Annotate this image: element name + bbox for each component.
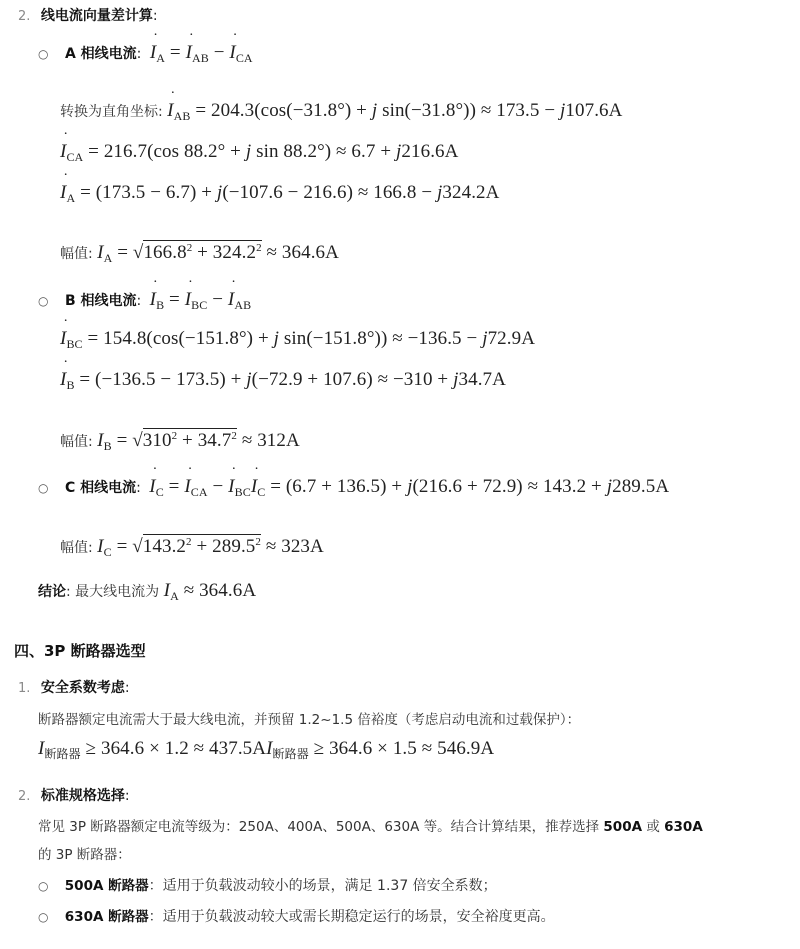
i-ab-formula: IAB = 204.3(cos(−31.8°) + j sin(−31.8°))…	[167, 100, 622, 121]
phase-a-convert-line: 转换为直角坐标: IAB = 204.3(cos(−31.8°) + j sin…	[60, 100, 622, 122]
phase-b-label: B 相线电流	[65, 293, 137, 309]
safety-factor-formula: I断路器 ≥ 364.6 × 1.2 ≈ 437.5AI断路器 ≥ 364.6 …	[38, 738, 494, 760]
magnitude-label: 幅值:	[60, 434, 93, 450]
option-label: 630A 断路器	[65, 909, 149, 925]
list-number: 2.	[18, 9, 30, 24]
i-a-sum-formula: IA = (173.5 − 6.7) + j(−107.6 − 216.6) ≈…	[60, 182, 499, 204]
list-number: 1.	[18, 681, 30, 696]
conclusion-formula: IA ≈ 364.6A	[164, 580, 257, 601]
magnitude-label: 幅值:	[60, 246, 93, 262]
phase-b-magnitude: 幅值: IB = √3102 + 34.72 ≈ 312A	[60, 430, 300, 452]
phase-a-formula: IA = IAB − ICA	[150, 42, 253, 63]
section-heading-breaker-selection: 四、3P 断路器选型	[14, 640, 146, 661]
magnitude-c-formula: IC = √143.22 + 289.52 ≈ 323A	[97, 536, 324, 557]
bullet-circle-icon: ○	[38, 879, 48, 893]
list-item-line-current-calc: 2. 线电流向量差计算:	[18, 5, 158, 25]
magnitude-label: 幅值:	[60, 540, 93, 556]
item-title: 标准规格选择	[41, 788, 125, 804]
option-text: ：适用于负载波动较小的场景，满足 1.37 倍安全系数；	[149, 878, 497, 894]
option-500a: ○ 500A 断路器：适用于负载波动较小的场景，满足 1.37 倍安全系数；	[38, 874, 497, 895]
list-item-standard-spec: 2. 标准规格选择:	[18, 785, 130, 805]
phase-b-item: ○ B 相线电流: IB = IBC − IAB	[38, 289, 251, 311]
standard-spec-text-line1: 常见 3P 断路器额定电流等级为：250A、400A、500A、630A 等。结…	[38, 815, 703, 835]
phase-c-formula: IC = ICA − IBCIC = (6.7 + 136.5) + j(216…	[149, 476, 669, 497]
bullet-circle-icon: ○	[38, 910, 48, 924]
phase-a-item: ○ A 相线电流: IA = IAB − ICA	[38, 42, 253, 64]
i-bc-formula: IBC = 154.8(cos(−151.8°) + j sin(−151.8°…	[60, 328, 535, 350]
standard-spec-text-line2: 的 3P 断路器：	[38, 843, 131, 863]
option-630a: ○ 630A 断路器：适用于负载波动较大或需长期稳定运行的场景，安全裕度更高。	[38, 905, 555, 926]
colon: :	[153, 8, 158, 24]
phase-b-formula: IB = IBC − IAB	[150, 289, 252, 310]
option-text: ：适用于负载波动较大或需长期稳定运行的场景，安全裕度更高。	[149, 909, 555, 925]
bullet-circle-icon: ○	[38, 294, 48, 308]
magnitude-a-formula: IA = √166.82 + 324.22 ≈ 364.6A	[97, 242, 339, 263]
list-item-safety-factor: 1. 安全系数考虑:	[18, 677, 130, 697]
magnitude-b-formula: IB = √3102 + 34.72 ≈ 312A	[97, 430, 300, 451]
spec-or: 或	[642, 819, 664, 835]
phase-c-magnitude: 幅值: IC = √143.22 + 289.52 ≈ 323A	[60, 536, 324, 558]
phase-a-magnitude: 幅值: IA = √166.82 + 324.22 ≈ 364.6A	[60, 242, 339, 264]
conclusion-label: 结论	[38, 584, 66, 600]
option-label: 500A 断路器	[65, 878, 149, 894]
spec-630a: 630A	[664, 819, 703, 835]
bullet-circle-icon: ○	[38, 47, 48, 61]
i-ca-formula: ICA = 216.7(cos 88.2° + j sin 88.2°) ≈ 6…	[60, 141, 458, 163]
phase-c-label: C 相线电流	[65, 480, 136, 496]
spec-500a: 500A	[603, 819, 642, 835]
convert-label: 转换为直角坐标:	[60, 104, 163, 120]
conclusion-text: : 最大线电流为	[66, 584, 159, 600]
list-number: 2.	[18, 789, 30, 804]
i-b-sum-formula: IB = (−136.5 − 173.5) + j(−72.9 + 107.6)…	[60, 369, 506, 391]
spec-text: 常见 3P 断路器额定电流等级为：250A、400A、500A、630A 等。结…	[38, 819, 603, 835]
bullet-circle-icon: ○	[38, 481, 48, 495]
conclusion: 结论: 最大线电流为 IA ≈ 364.6A	[38, 580, 256, 602]
phase-c-item: ○ C 相线电流: IC = ICA − IBCIC = (6.7 + 136.…	[38, 476, 669, 498]
item-title: 线电流向量差计算	[41, 8, 153, 24]
item-title: 安全系数考虑	[41, 680, 125, 696]
phase-a-label: A 相线电流	[65, 46, 137, 62]
safety-factor-text: 断路器额定电流需大于最大线电流，并预留 1.2~1.5 倍裕度（考虑启动电流和过…	[38, 708, 580, 728]
